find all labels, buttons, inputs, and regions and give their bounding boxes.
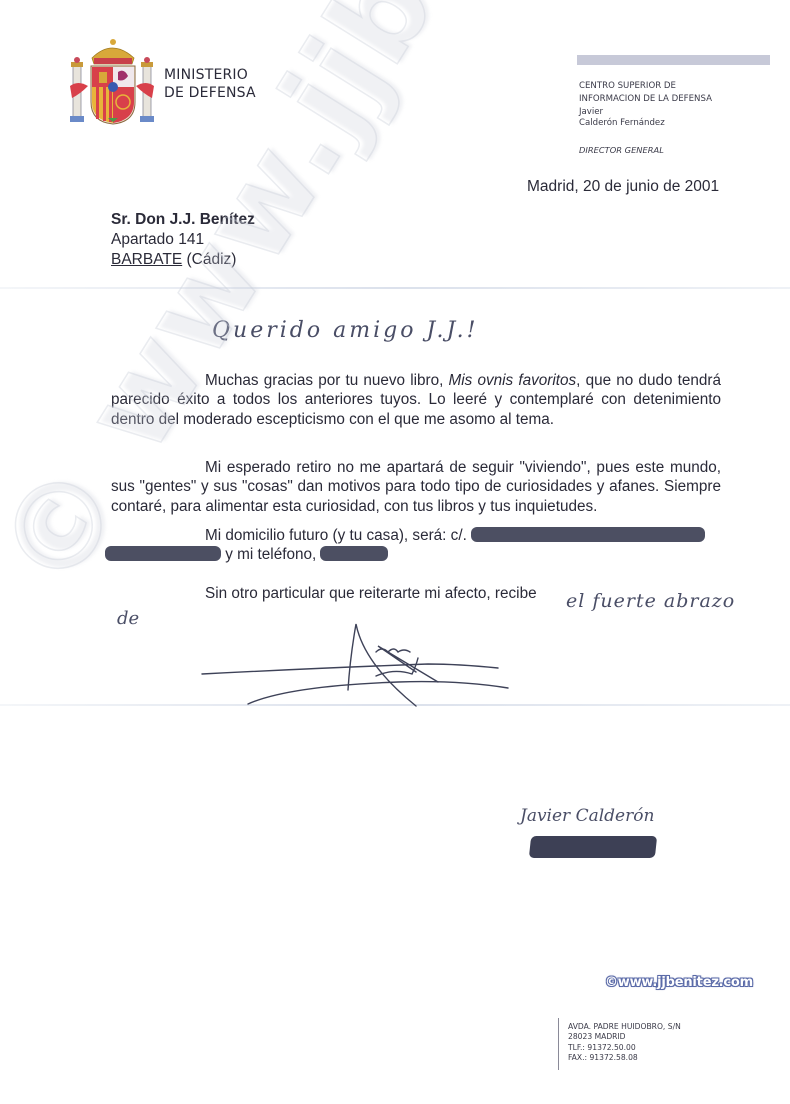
footer-street: AVDA. PADRE HUIDOBRO, S/N [568, 1022, 681, 1032]
office-line-1: CENTRO SUPERIOR DE [579, 80, 712, 93]
handwritten-closing: el fuerte abrazo [566, 590, 735, 612]
paper-fold-line [0, 287, 790, 289]
redacted-address-line-1 [471, 527, 705, 542]
handwritten-signature [198, 618, 518, 710]
footer-city: 28023 MADRID [568, 1032, 681, 1042]
paragraph-1: Muchas gracias por tu nuevo libro, Mis o… [111, 371, 721, 429]
footer-divider [558, 1018, 559, 1070]
redacted-phone [320, 546, 388, 561]
recipient-city: BARBATE [111, 251, 182, 268]
paragraph-1-text: Muchas gracias por tu nuevo libro, [205, 372, 449, 389]
paragraph-2-text: Mi esperado retiro no me apartará de seg… [111, 459, 721, 515]
sender-last-name: Calderón Fernández [579, 118, 712, 129]
handwritten-closing-de: de [117, 608, 139, 629]
redacted-printed-name [529, 836, 657, 858]
recipient-address: Sr. Don J.J. Benítez Apartado 141 BARBAT… [111, 210, 255, 270]
redacted-address-line-2 [105, 546, 221, 561]
footer-address: AVDA. PADRE HUIDOBRO, S/N 28023 MADRID T… [568, 1022, 681, 1063]
recipient-po-box: Apartado 141 [111, 230, 255, 250]
recipient-province: (Cádiz) [182, 251, 236, 268]
office-line-2: INFORMACION DE LA DEFENSA [579, 93, 712, 106]
book-title: Mis ovnis favoritos [449, 372, 577, 389]
website-badge: ©www.jjbenitez.com [605, 975, 753, 990]
closing-text: Sin otro particular que reiterarte mi af… [205, 585, 537, 602]
handwritten-greeting: Querido amigo J.J.! [212, 318, 478, 343]
spain-coat-of-arms-icon [68, 36, 158, 128]
paragraph-2: Mi esperado retiro no me apartará de seg… [111, 458, 721, 516]
footer-phone: TLF.: 91372.50.00 [568, 1043, 681, 1053]
paragraph-3-text: Mi domicilio futuro (y tu casa), será: c… [205, 527, 471, 544]
letter-date: Madrid, 20 de junio de 2001 [527, 178, 719, 196]
paragraph-3: Mi domicilio futuro (y tu casa), será: c… [111, 526, 721, 565]
ministry-name: MINISTERIO DE DEFENSA [164, 66, 256, 102]
letterhead-color-bar [577, 55, 770, 65]
ministry-line-1: MINISTERIO [164, 66, 256, 84]
sender-office-block: CENTRO SUPERIOR DE INFORMACION DE LA DEF… [579, 80, 712, 129]
sender-title: DIRECTOR GENERAL [579, 145, 664, 155]
recipient-city-line: BARBATE (Cádiz) [111, 250, 255, 270]
recipient-name: Sr. Don J.J. Benítez [111, 210, 255, 230]
handwritten-name: Javier Calderón [520, 806, 654, 826]
footer-fax: FAX.: 91372.58.08 [568, 1053, 681, 1063]
paragraph-3-text-mid: y mi teléfono, [221, 546, 320, 563]
sender-first-name: Javier [579, 106, 712, 118]
ministry-line-2: DE DEFENSA [164, 84, 256, 102]
